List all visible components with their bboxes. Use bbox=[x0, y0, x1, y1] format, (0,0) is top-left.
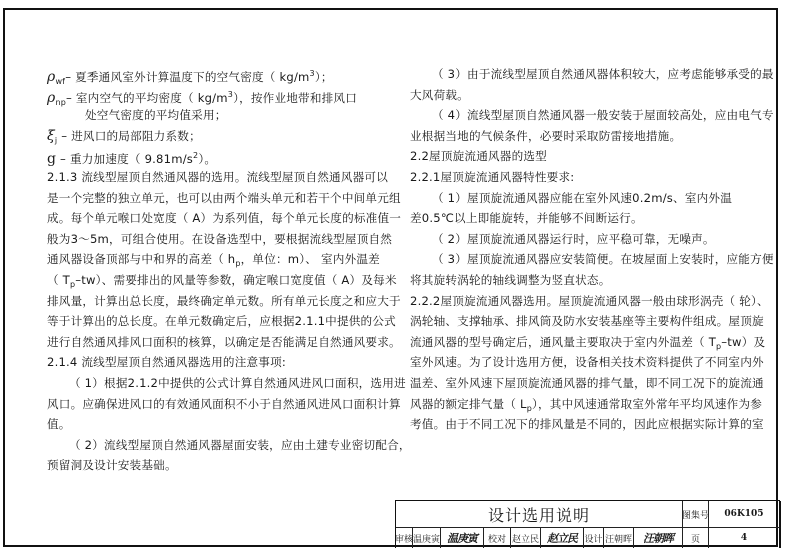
paragraph-line: 进行自然通风排风口面积的核算，以确定是否能满足自然通风要求。 bbox=[47, 332, 387, 353]
atlas-number-label: 图集号 bbox=[683, 501, 709, 528]
atlas-number: 06K105 bbox=[709, 501, 781, 528]
list-item-3: （ 3）由于流线型屋顶自然通风器体积较大，应考虑能够承受的最 bbox=[410, 64, 762, 85]
list-item-3: （ 3）屋顶旋流通风器应安装简便。在坡屋面上安装时，应能方便 bbox=[410, 249, 762, 270]
page-label: 页 bbox=[683, 528, 709, 548]
list-item-1: （ 1）屋顶旋流通风器应能在室外风速0.2m/s、室内外温 bbox=[410, 188, 762, 209]
paragraph-line: 业根据当地的气候条件，必要时采取防雷接地措施。 bbox=[410, 126, 762, 147]
paragraph-line: 涡轮轴、支撑轴承、排风筒及防水安装基座等主要构件组成。屋顶旋 bbox=[410, 311, 762, 332]
list-item-1: （ 1）根据2.1.2中提供的公式计算自然通风进风口面积，选用进 bbox=[47, 373, 387, 394]
paragraph-line: 差0.5℃以上即能旋转，并能够不间断运行。 bbox=[410, 208, 762, 229]
paragraph-line: 值。 bbox=[47, 414, 387, 435]
paragraph-line: 室外风速。为了设计选用方便，设备相关技术资料提供了不同室内外 bbox=[410, 352, 762, 373]
left-column: ρwf– 夏季通风室外计算温度下的空气密度（ kg/m3）； ρnp– 室内空气… bbox=[47, 64, 387, 476]
check-label: 校对 bbox=[484, 528, 511, 548]
section-2-2-heading: 2.2屋顶旋流通风器的选型 bbox=[410, 146, 762, 167]
definition-g: g – 重力加速度（ 9.81m/s2）。 bbox=[47, 146, 387, 167]
review-label: 审核 bbox=[396, 528, 413, 548]
definition-continuation: 处空气密度的平均值采用； bbox=[47, 105, 387, 126]
paragraph-line: 考值。由于不同工况下的排风量是不同的，因此应根据实际计算的室 bbox=[410, 414, 762, 435]
designer-name: 汪朝晖 bbox=[604, 528, 634, 548]
right-column: （ 3）由于流线型屋顶自然通风器体积较大，应考虑能够承受的最 大风荷载。 （ 4… bbox=[410, 64, 762, 435]
section-2-2-1-heading: 2.2.1屋顶旋流通风器特性要求: bbox=[410, 167, 762, 188]
paragraph-line: 温差、室外风速下屋顶旋流通风器的排气量，即不同工况下的旋流通 bbox=[410, 373, 762, 394]
paragraph-line: 成。每个单元喉口处宽度（ A）为系列值，每个单元长度的标准值一 bbox=[47, 208, 387, 229]
title-block: 设计选用说明 图集号 06K105 审核 温庚寅 温庚寅 校对 赵立民 赵立民 … bbox=[395, 500, 780, 548]
paragraph-line: 流通风器的型号确定后，通风量主要取决于室内外温差（ Tp–tw）及 bbox=[410, 332, 762, 353]
paragraph-line: 风器的额定排气量（ Lp），其中风速通常取室外常年平均风速作为参 bbox=[410, 394, 762, 415]
design-label: 设计 bbox=[584, 528, 604, 548]
paragraph-line: 般为3～5m，可组合使用。在设备选型中，要根据流线型屋顶自然 bbox=[47, 229, 387, 250]
reviewer-signature: 温庚寅 bbox=[441, 528, 484, 548]
drawing-title: 设计选用说明 bbox=[396, 501, 683, 528]
section-2-1-3-heading: 2.1.3 流线型屋顶自然通风器的选用。流线型屋顶自然通风器可以 bbox=[47, 167, 387, 188]
list-item-2: （ 2）流线型屋顶自然通风器屋面安装，应由土建专业密切配合， bbox=[47, 435, 387, 456]
section-2-1-4-heading: 2.1.4 流线型屋顶自然通风器选用的注意事项: bbox=[47, 352, 387, 373]
paragraph-line: 风口。应确保进风口的有效通风面积不小于自然通风进风口面积计算 bbox=[47, 394, 387, 415]
paragraph-line: 排风量，计算出总长度，最终确定单元数。所有单元长度之和应大于 bbox=[47, 291, 387, 312]
checker-signature: 赵立民 bbox=[541, 528, 584, 548]
paragraph-line: 预留洞及设计安装基础。 bbox=[47, 455, 387, 476]
paragraph-line: （ Tp–tw）、需要排出的风量等参数，确定喉口宽度值（ A）及每米 bbox=[47, 270, 387, 291]
definition-xi-j: ξj – 进风口的局部阻力系数； bbox=[47, 126, 387, 147]
definition-rho-np: ρnp– 室内空气的平均密度（ kg/m3），按作业地带和排风口 bbox=[47, 85, 387, 106]
paragraph-line: 通风器设备顶部与中和界的高差（ hp，单位：m）、 室内外温差 bbox=[47, 249, 387, 270]
designer-signature: 汪朝晖 bbox=[634, 528, 683, 548]
paragraph-line: 是一个完整的独立单元，也可以由两个端头单元和若干个中间单元组 bbox=[47, 188, 387, 209]
paragraph-line: 将其旋转涡轮的轴线调整为竖直状态。 bbox=[410, 270, 762, 291]
paragraph-line: 等于计算出的总长度。在单元数确定后，应根据2.1.1中提供的公式 bbox=[47, 311, 387, 332]
page-number: 4 bbox=[709, 528, 781, 548]
section-2-2-2-heading: 2.2.2屋顶旋流通风器选用。屋顶旋流通风器一般由球形涡壳（ 轮）、 bbox=[410, 291, 762, 312]
definition-rho-wf: ρwf– 夏季通风室外计算温度下的空气密度（ kg/m3）； bbox=[47, 64, 387, 85]
reviewer-name: 温庚寅 bbox=[413, 528, 441, 548]
list-item-2: （ 2）屋顶旋流通风器运行时，应平稳可靠，无噪声。 bbox=[410, 229, 762, 250]
list-item-4: （ 4）流线型屋顶自然通风器一般安装于屋面较高处，应由电气专 bbox=[410, 105, 762, 126]
checker-name: 赵立民 bbox=[511, 528, 541, 548]
paragraph-line: 大风荷载。 bbox=[410, 85, 762, 106]
